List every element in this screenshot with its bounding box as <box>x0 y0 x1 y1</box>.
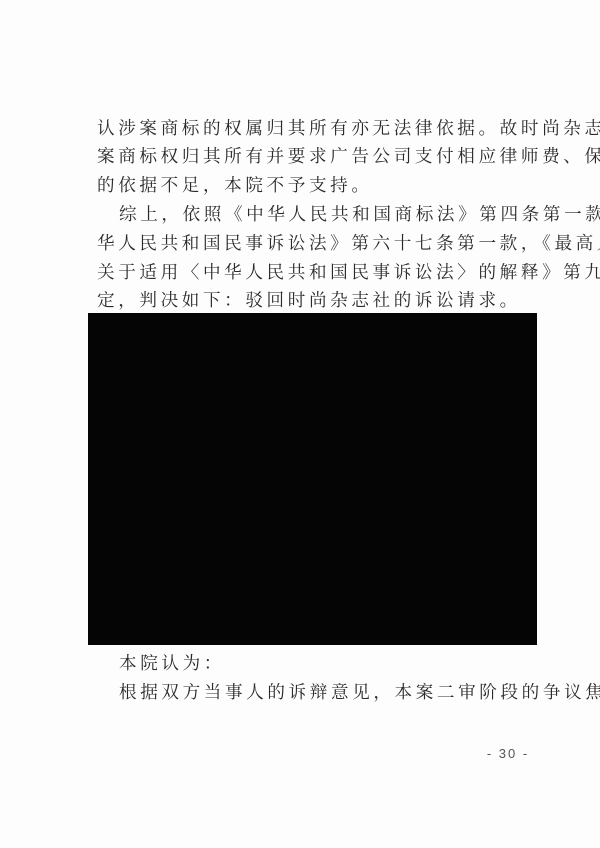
paragraph-1-line-1: 认涉案商标的权属归其所有亦无法律依据。故时尚杂志社主张涉 <box>97 119 525 139</box>
paragraph-dispute-focus: 根据双方当事人的诉辩意见，本案二审阶段的争议焦点为：1. <box>119 683 525 703</box>
paragraph-1-line-3: 的依据不足，本院不予支持。 <box>97 176 525 196</box>
paragraph-2-line-2: 华人民共和国民事诉讼法》第六十七条第一款，《最高人民法院 <box>97 234 525 254</box>
page-number: - 30 - <box>478 746 538 761</box>
redacted-block <box>88 313 537 645</box>
document-page: 认涉案商标的权属归其所有亦无法律依据。故时尚杂志社主张涉 案商标权归其所有并要求… <box>0 0 600 848</box>
paragraph-2-line-1: 综上，依照《中华人民共和国商标法》第四条第一款，《中 <box>119 205 525 225</box>
paragraph-2-line-4: 定，判决如下：驳回时尚杂志社的诉讼请求。 <box>97 291 525 311</box>
paragraph-court-opinion-heading: 本院认为： <box>119 654 525 674</box>
paragraph-2-line-3: 关于适用〈中华人民共和国民事诉讼法〉的解释》第九十条之规 <box>97 263 525 283</box>
paragraph-1-line-2: 案商标权归其所有并要求广告公司支付相应律师费、保全保险费 <box>97 147 525 167</box>
